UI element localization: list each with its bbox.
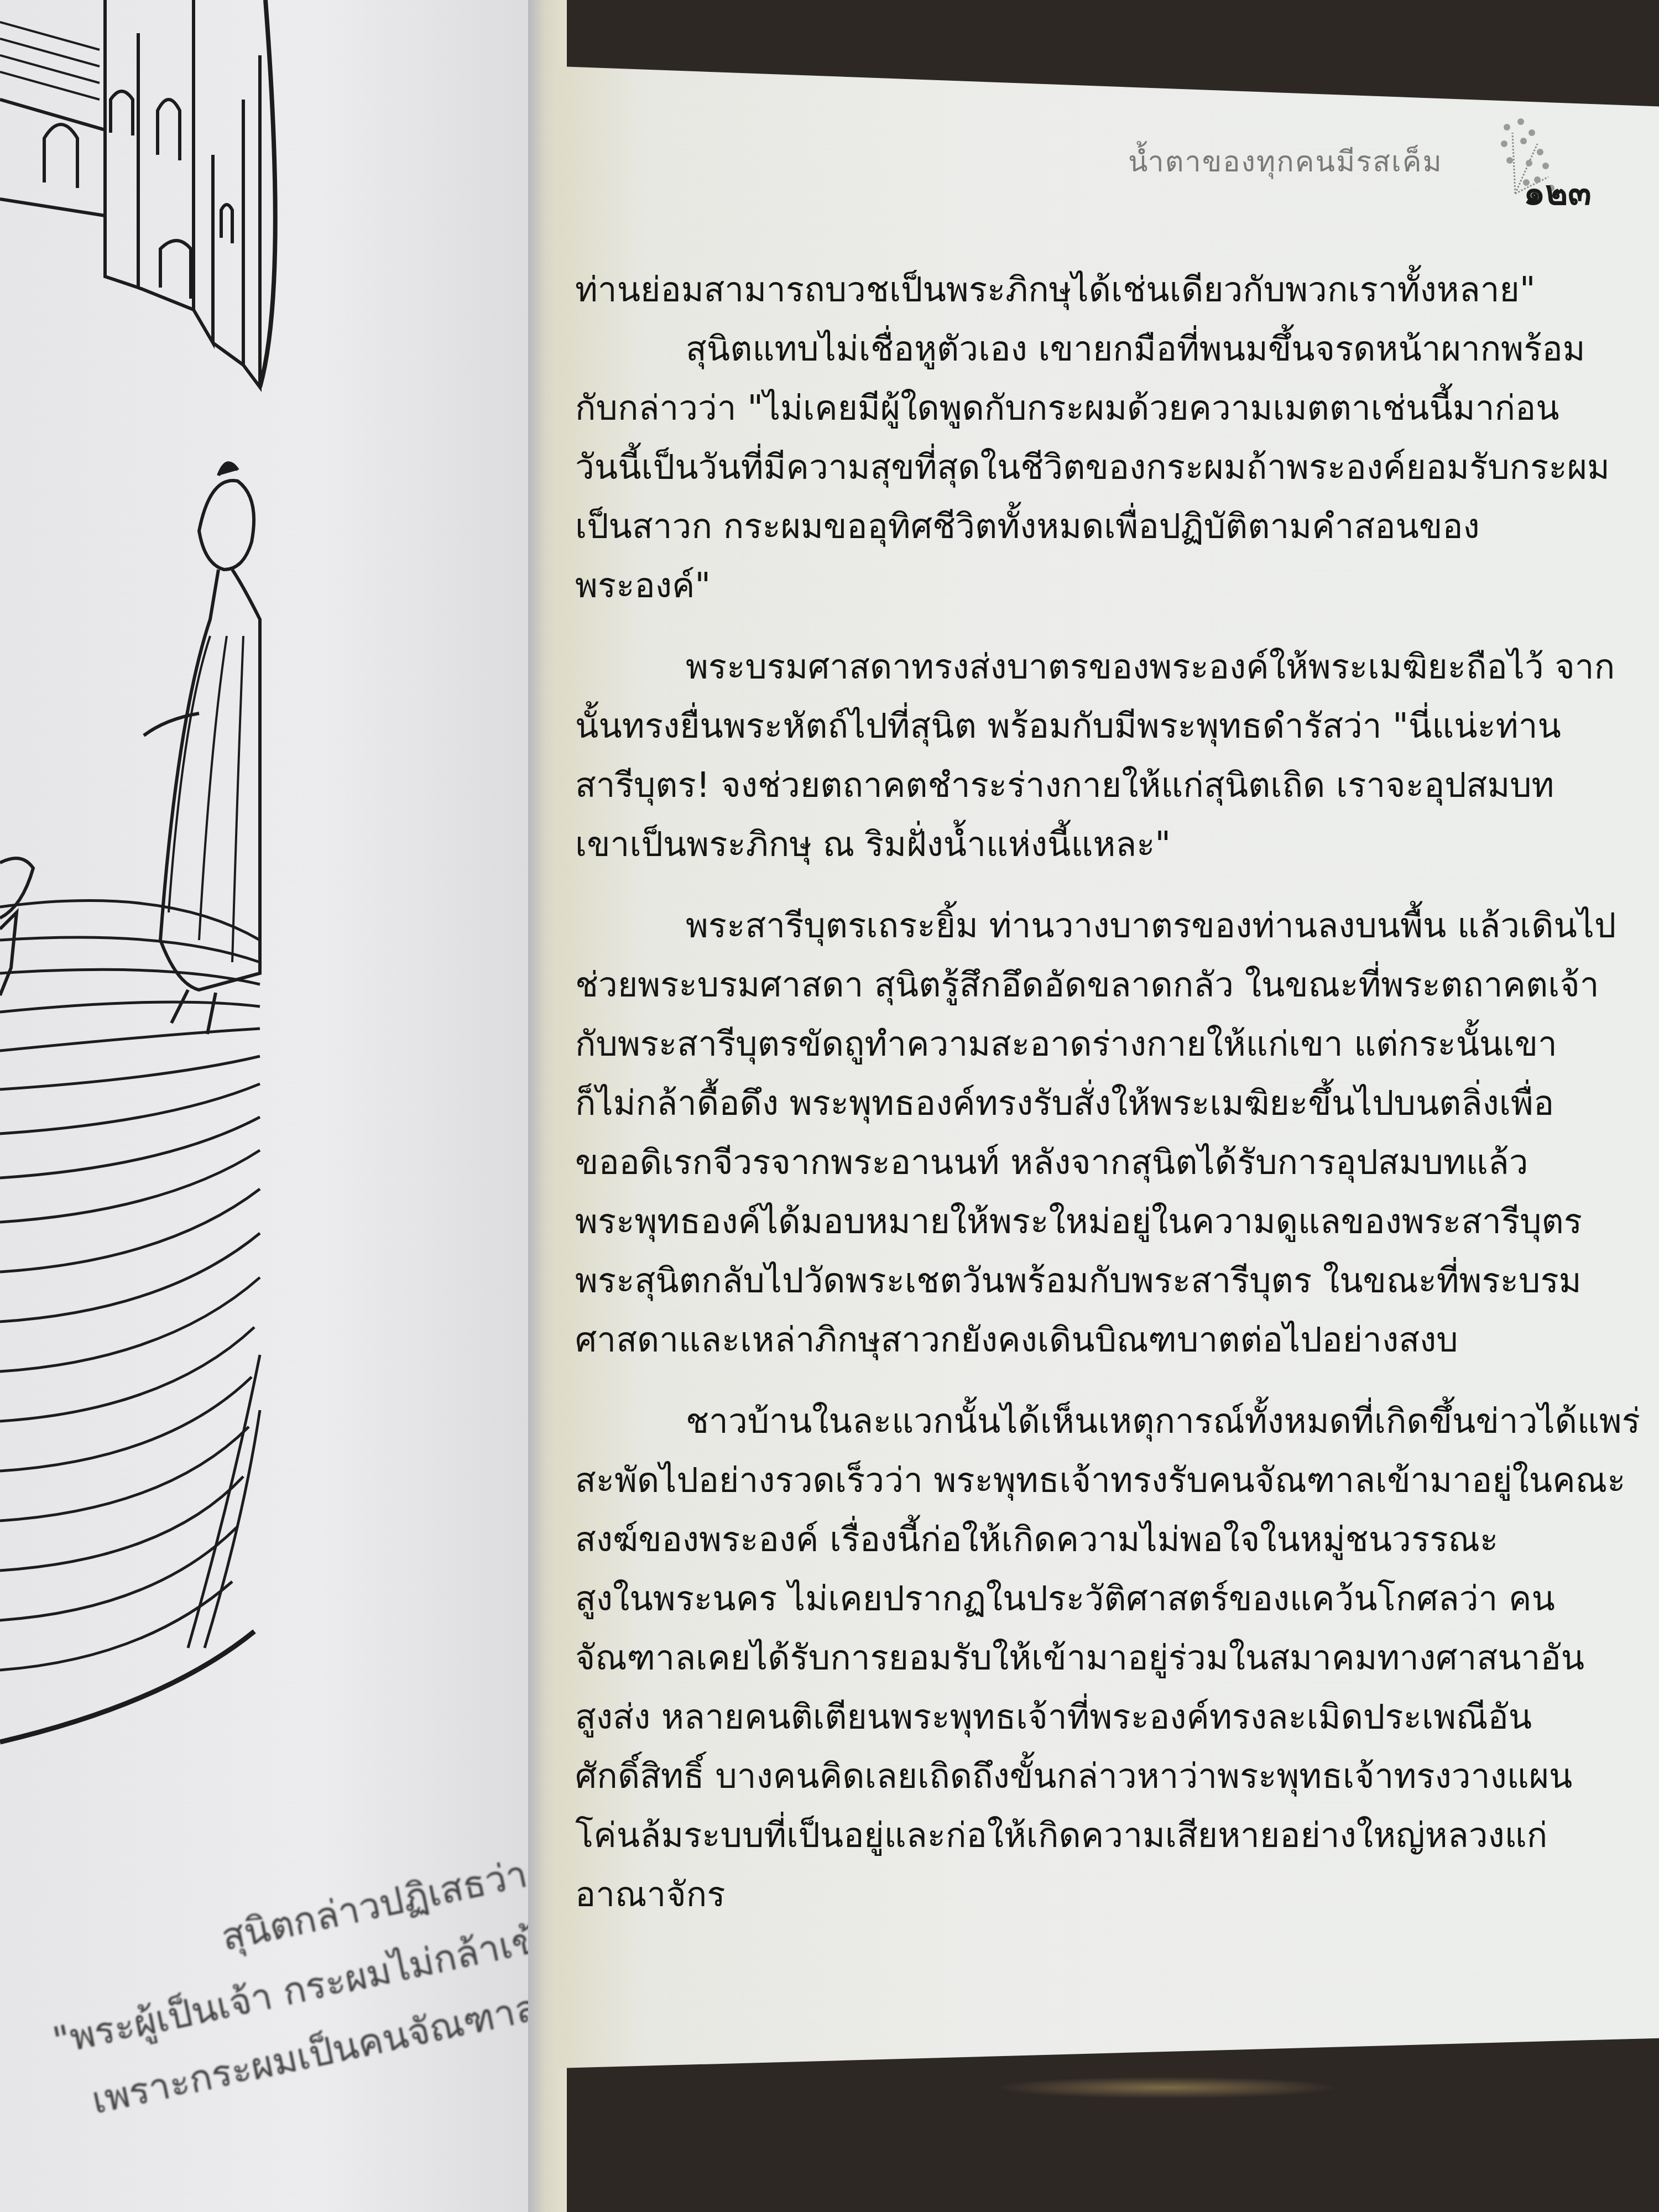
text-line: สงฆ์ของพระองค์ เรื่องนี้ก่อให้เกิดความไม…	[575, 1510, 1604, 1569]
text-line: สุนิตแทบไม่เชื่อหูตัวเอง เขายกมือที่พนมข…	[575, 319, 1604, 378]
illustration-caption: สุนิตกล่าวปฏิเสธว่า "พระผู้เป็นเจ้า กระผ…	[33, 1841, 531, 2140]
text-line: พระพุทธองค์ได้มอบหมายให้พระใหม่อยู่ในควา…	[575, 1192, 1604, 1251]
paragraph-gap	[575, 615, 1604, 637]
text-line: วันนี้เป็นวันที่มีความสุขที่สุดในชีวิตขอ…	[575, 437, 1604, 497]
text-line: ศาสดาและเหล่าภิกษุสาวกยังคงเดินบิณฑบาตต่…	[575, 1310, 1604, 1369]
text-line: กับกล่าวว่า "ไม่เคยมีผู้ใดพูดกับกระผมด้ว…	[575, 378, 1604, 437]
text-line: พระสารีบุตรเถระยิ้ม ท่านวางบาตรของท่านลง…	[575, 896, 1604, 955]
text-line: ช่วยพระบรมศาสดา สุนิตรู้สึกอึดอัดขลาดกลั…	[575, 955, 1604, 1014]
text-line: ก็ไม่กล้าดื้อดึง พระพุทธองค์ทรงรับสั่งให…	[575, 1073, 1604, 1133]
text-line: อาณาจักร	[575, 1865, 1604, 1924]
text-line: ขออดิเรกจีวรจากพระอานนท์ หลังจากสุนิตได้…	[575, 1133, 1604, 1192]
text-line: ท่านย่อมสามารถบวชเป็นพระภิกษุได้เช่นเดีย…	[575, 260, 1604, 319]
paragraph-gap	[575, 874, 1604, 896]
text-line: โค่นล้มระบบที่เป็นอยู่และก่อให้เกิดความเ…	[575, 1806, 1604, 1865]
text-line: พระบรมศาสดาทรงส่งบาตรของพระองค์ให้พระเมฆ…	[575, 637, 1604, 696]
illustration-page: สุนิตกล่าวปฏิเสธว่า "พระผู้เป็นเจ้า กระผ…	[0, 0, 531, 2212]
text-line: ชาวบ้านในละแวกนั้นได้เห็นเหตุการณ์ทั้งหม…	[575, 1391, 1604, 1451]
text-line: สูงส่ง หลายคนติเตียนพระพุทธเจ้าที่พระองค…	[575, 1687, 1604, 1746]
text-line: จัณฑาลเคยได้รับการยอมรับให้เข้ามาอยู่ร่ว…	[575, 1628, 1604, 1687]
running-head: น้ำตาของทุกคนมีรสเค็ม	[1128, 138, 1443, 184]
paragraph-gap	[575, 1369, 1604, 1391]
text-line: นั้นทรงยื่นพระหัตถ์ไปที่สุนิต พร้อมกับมี…	[575, 696, 1604, 755]
text-line: เป็นสาวก กระผมขออุทิศชีวิตทั้งหมดเพื่อปฏ…	[575, 497, 1604, 556]
page-edge-stain	[995, 2077, 1338, 2099]
text-line: สูงในพระนคร ไม่เคยปรากฏในประวัติศาสตร์ขอ…	[575, 1569, 1604, 1628]
text-line: เขาเป็นพระภิกษุ ณ ริมฝั่งน้ำแห่งนี้แหละ"	[575, 815, 1604, 874]
text-line: พระสุนิตกลับไปวัดพระเชตวันพร้อมกับพระสาร…	[575, 1251, 1604, 1310]
body-text: ท่านย่อมสามารถบวชเป็นพระภิกษุได้เช่นเดีย…	[575, 260, 1604, 1924]
text-line: ศักดิ์สิทธิ์ บางคนคิดเลยเถิดถึงขั้นกล่าว…	[575, 1746, 1604, 1806]
page-number: ๑๒๓	[1524, 166, 1592, 220]
text-line: สารีบุตร! จงช่วยตถาคตชำระร่างกายให้แก่สุ…	[575, 755, 1604, 815]
text-line: พระองค์"	[575, 556, 1604, 615]
text-line: สะพัดไปอย่างรวดเร็วว่า พระพุทธเจ้าทรงรับ…	[575, 1451, 1604, 1510]
illustration-drawing	[0, 0, 531, 1825]
text-line: กับพระสารีบุตรขัดถูทำความสะอาดร่างกายให้…	[575, 1014, 1604, 1073]
